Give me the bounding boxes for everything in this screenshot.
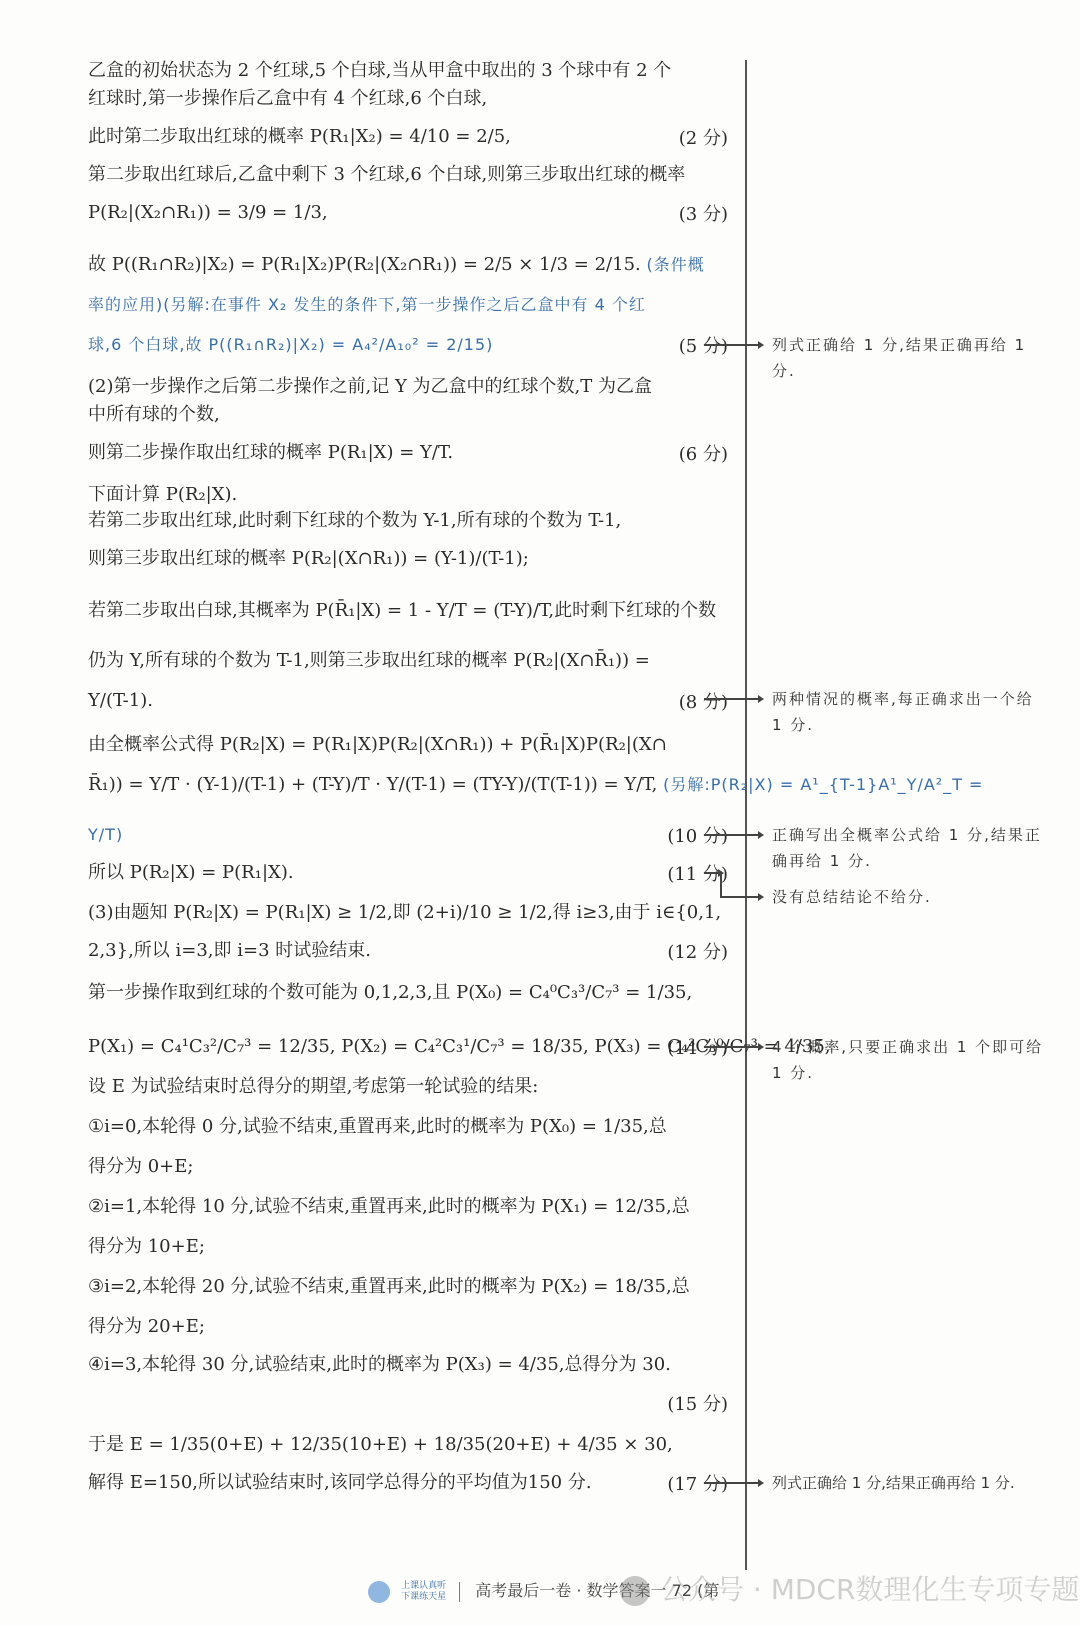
solution-line: 乙盒的初始状态为 2 个红球,5 个白球,当从甲盒中取出的 3 个球中有 2 个 xyxy=(88,58,728,84)
solution-line: 若第二步取出红球,此时剩下红球的个数为 Y-1,所有球的个数为 T-1, xyxy=(88,508,728,534)
solution-line: 红球时,第一步操作后乙盒中有 4 个红球,6 个白球, xyxy=(88,86,728,112)
margin-divider xyxy=(745,60,747,1570)
solution-line: P(R₂|(X₂∩R₁)) = 3/9 = 1/3, xyxy=(88,200,728,226)
alt-solution-note: (另解:P(R₂|X) = A¹_{T-1}A¹_Y/A²_T = xyxy=(663,775,983,794)
score-marker: (6 分) xyxy=(679,440,728,466)
arrow-right-icon xyxy=(704,344,762,346)
solution-line: 故 P((R₁∩R₂)|X₂) = P(R₁|X₂)P(R₂|(X₂∩R₁)) … xyxy=(88,252,728,278)
score-marker: (2 分) xyxy=(679,124,728,150)
answer-sheet-page: 乙盒的初始状态为 2 个红球,5 个白球,当从甲盒中取出的 3 个球中有 2 个… xyxy=(0,0,1080,1626)
solution-line: 得分为 0+E; xyxy=(88,1154,728,1180)
publisher-slogan: 上课认真听下课练天星 xyxy=(401,1581,446,1603)
arrow-right-icon xyxy=(704,1046,762,1048)
solution-line: 第一步操作取到红球的个数可能为 0,1,2,3,且 P(X₀) = C₄⁰C₃³… xyxy=(88,980,728,1006)
solution-line: (3)由题知 P(R₂|X) = P(R₁|X) ≥ 1/2,即 (2+i)/1… xyxy=(88,900,728,926)
grading-note: 两种情况的概率,每正确求出一个给 1 分. xyxy=(772,686,1052,738)
grading-note: 4 个概率,只要正确求出 1 个即可给 1 分. xyxy=(772,1034,1052,1086)
solution-line: 得分为 10+E; xyxy=(88,1234,728,1260)
solution-line: 第二步取出红球后,乙盒中剩下 3 个红球,6 个白球,则第三步取出红球的概率 xyxy=(88,162,728,188)
grading-note: 列式正确给 1 分,结果正确再给 1 分. xyxy=(772,1470,1072,1496)
grading-note: 正确写出全概率公式给 1 分,结果正确再给 1 分. xyxy=(772,822,1052,874)
solution-line: (2)第一步操作之后第二步操作之前,记 Y 为乙盒中的红球个数,T 为乙盒 xyxy=(88,374,728,400)
score-marker: (12 分) xyxy=(667,938,728,964)
solution-line: 2,3},所以 i=3,即 i=3 时试验结束. xyxy=(88,938,728,964)
solution-line: R̄₁)) = Y/T · (Y-1)/(T-1) + (T-Y)/T · Y/… xyxy=(88,772,728,798)
elbow-connector xyxy=(720,872,722,896)
footer-divider xyxy=(459,1582,460,1602)
wechat-icon xyxy=(620,1576,650,1606)
solution-line: ③i=2,本轮得 20 分,试验不结束,重置再来,此时的概率为 P(X₂) = … xyxy=(88,1274,728,1300)
arrow-right-icon xyxy=(720,896,762,898)
solution-line: 则第三步取出红球的概率 P(R₂|(X∩R₁)) = (Y-1)/(T-1); xyxy=(88,546,728,572)
solution-line: ②i=1,本轮得 10 分,试验不结束,重置再来,此时的概率为 P(X₁) = … xyxy=(88,1194,728,1220)
solution-line: ④i=3,本轮得 30 分,试验结束,此时的概率为 P(X₃) = 4/35,总… xyxy=(88,1352,728,1378)
solution-line: 此时第二步取出红球的概率 P(R₁|X₂) = 4/10 = 2/5, xyxy=(88,124,728,150)
publisher-logo-icon xyxy=(368,1581,390,1603)
alt-solution-line: 率的应用)(另解:在事件 X₂ 发生的条件下,第一步操作之后乙盒中有 4 个红 xyxy=(88,292,728,318)
alt-solution-line: Y/T) xyxy=(88,822,728,848)
arrow-right-icon xyxy=(704,1482,762,1484)
grading-note: 没有总结结论不给分. xyxy=(772,884,1052,910)
solution-line: 解得 E=150,所以试验结束时,该同学总得分的平均值为150 分. xyxy=(88,1470,728,1496)
solution-line: 则第二步操作取出红球的概率 P(R₁|X) = Y/T. xyxy=(88,440,728,466)
solution-line: 下面计算 P(R₂|X). xyxy=(88,482,728,508)
arrow-right-icon xyxy=(704,698,762,700)
watermark: 公众号 · MDCR数理化生专项专题 xyxy=(620,1568,1079,1608)
solution-line: 得分为 20+E; xyxy=(88,1314,728,1340)
arrow-right-icon xyxy=(704,834,762,836)
score-marker: (3 分) xyxy=(679,200,728,226)
solution-line: 仍为 Y,所有球的个数为 T-1,则第三步取出红球的概率 P(R₂|(X∩R̄₁… xyxy=(88,648,728,674)
alt-solution-note: (条件概 xyxy=(647,255,705,274)
solution-line: ①i=0,本轮得 0 分,试验不结束,重置再来,此时的概率为 P(X₀) = 1… xyxy=(88,1114,728,1140)
score-marker: (15 分) xyxy=(667,1390,728,1416)
score-marker: (8 分) xyxy=(679,688,728,714)
solution-line: 设 E 为试验结束时总得分的期望,考虑第一轮试验的结果: xyxy=(88,1074,728,1100)
solution-line: 于是 E = 1/35(0+E) + 12/35(10+E) + 18/35(2… xyxy=(88,1432,728,1458)
solution-line: 若第二步取出白球,其概率为 P(R̄₁|X) = 1 - Y/T = (T-Y)… xyxy=(88,598,728,624)
solution-line: 中所有球的个数, xyxy=(88,402,728,428)
solution-line: P(X₁) = C₄¹C₃²/C₇³ = 12/35, P(X₂) = C₄²C… xyxy=(88,1034,728,1060)
solution-line: Y/(T-1). xyxy=(88,688,728,714)
alt-solution-line: 球,6 个白球,故 P((R₁∩R₂)|X₂) = A₄²/A₁₀² = 2/1… xyxy=(88,332,728,358)
grading-note: 列式正确给 1 分,结果正确再给 1 分. xyxy=(772,332,1052,384)
solution-line: 所以 P(R₂|X) = P(R₁|X). xyxy=(88,860,728,886)
solution-line: 由全概率公式得 P(R₂|X) = P(R₁|X)P(R₂|(X∩R₁)) + … xyxy=(88,732,728,758)
